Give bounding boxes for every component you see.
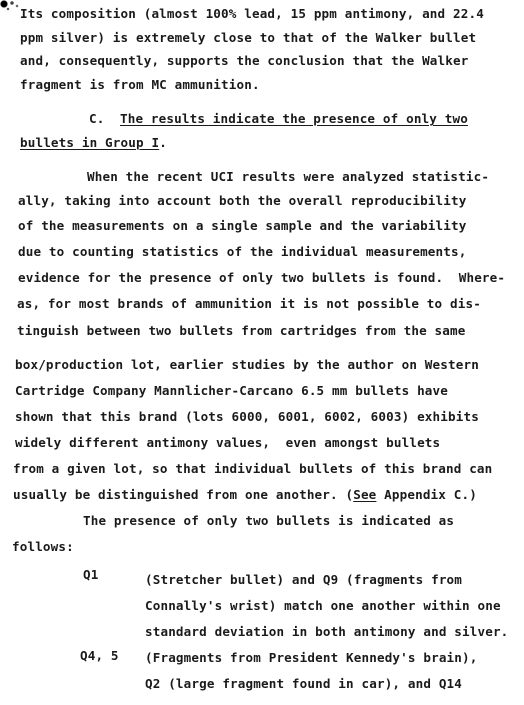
item-q1-line: standard deviation in both antimony and … <box>145 624 508 639</box>
paragraph-line: ally, taking into account both the overa… <box>18 193 466 208</box>
section-c-heading-cont: bullets in Group I. <box>20 135 167 150</box>
period: . <box>159 135 167 150</box>
text-line: ppm silver) is extremely close to that o… <box>20 30 476 45</box>
section-c-heading-line2: bullets in Group I <box>20 135 159 150</box>
item-q4-line: (Fragments from President Kennedy's brai… <box>145 650 477 665</box>
section-c-heading: The results indicate the presence of onl… <box>120 111 468 126</box>
item-q1-line: (Stretcher bullet) and Q9 (fragments fro… <box>145 572 462 587</box>
paragraph-line: due to counting statistics of the indivi… <box>18 244 466 259</box>
item-q4-line: Q2 (large fragment found in car), and Q1… <box>145 676 462 691</box>
paragraph-line: of the measurements on a single sample a… <box>18 218 466 233</box>
paragraph-line-last: usually be distinguished from one anothe… <box>13 487 477 502</box>
see-reference: See <box>353 487 376 502</box>
paragraph-line: shown that this brand (lots 6000, 6001, … <box>15 409 479 424</box>
paragraph-line: follows: <box>12 539 74 554</box>
paragraph-line: tinguish between two bullets from cartri… <box>17 323 465 338</box>
text-line: and, consequently, supports the conclusi… <box>20 53 468 68</box>
item-label-q4-5: Q4, 5 <box>80 648 119 663</box>
paragraph-line: as, for most brands of ammunition it is … <box>17 296 481 311</box>
paragraph-line: from a given lot, so that individual bul… <box>13 461 492 476</box>
paragraph-line: When the recent UCI results were analyze… <box>87 169 489 184</box>
paragraph-line: evidence for the presence of only two bu… <box>18 270 505 285</box>
section-c-label: C. <box>89 111 104 126</box>
paragraph-line: widely different antimony values, even a… <box>15 435 440 450</box>
text: usually be distinguished from one anothe… <box>13 487 353 502</box>
appendix-reference: Appendix C.) <box>376 487 477 502</box>
paragraph-line: Cartridge Company Mannlicher-Carcano 6.5… <box>15 383 448 398</box>
item-label-q1: Q1 <box>83 567 98 582</box>
item-q1-line: Connally's wrist) match one another with… <box>145 598 501 613</box>
paragraph-line: box/production lot, earlier studies by t… <box>15 357 479 372</box>
text-line: Its composition (almost 100% lead, 15 pp… <box>20 6 484 21</box>
paragraph-line: The presence of only two bullets is indi… <box>83 513 454 528</box>
scanned-document-page: Its composition (almost 100% lead, 15 pp… <box>0 0 524 705</box>
text-line: fragment is from MC ammunition. <box>20 77 260 92</box>
scan-artifact <box>0 0 22 12</box>
